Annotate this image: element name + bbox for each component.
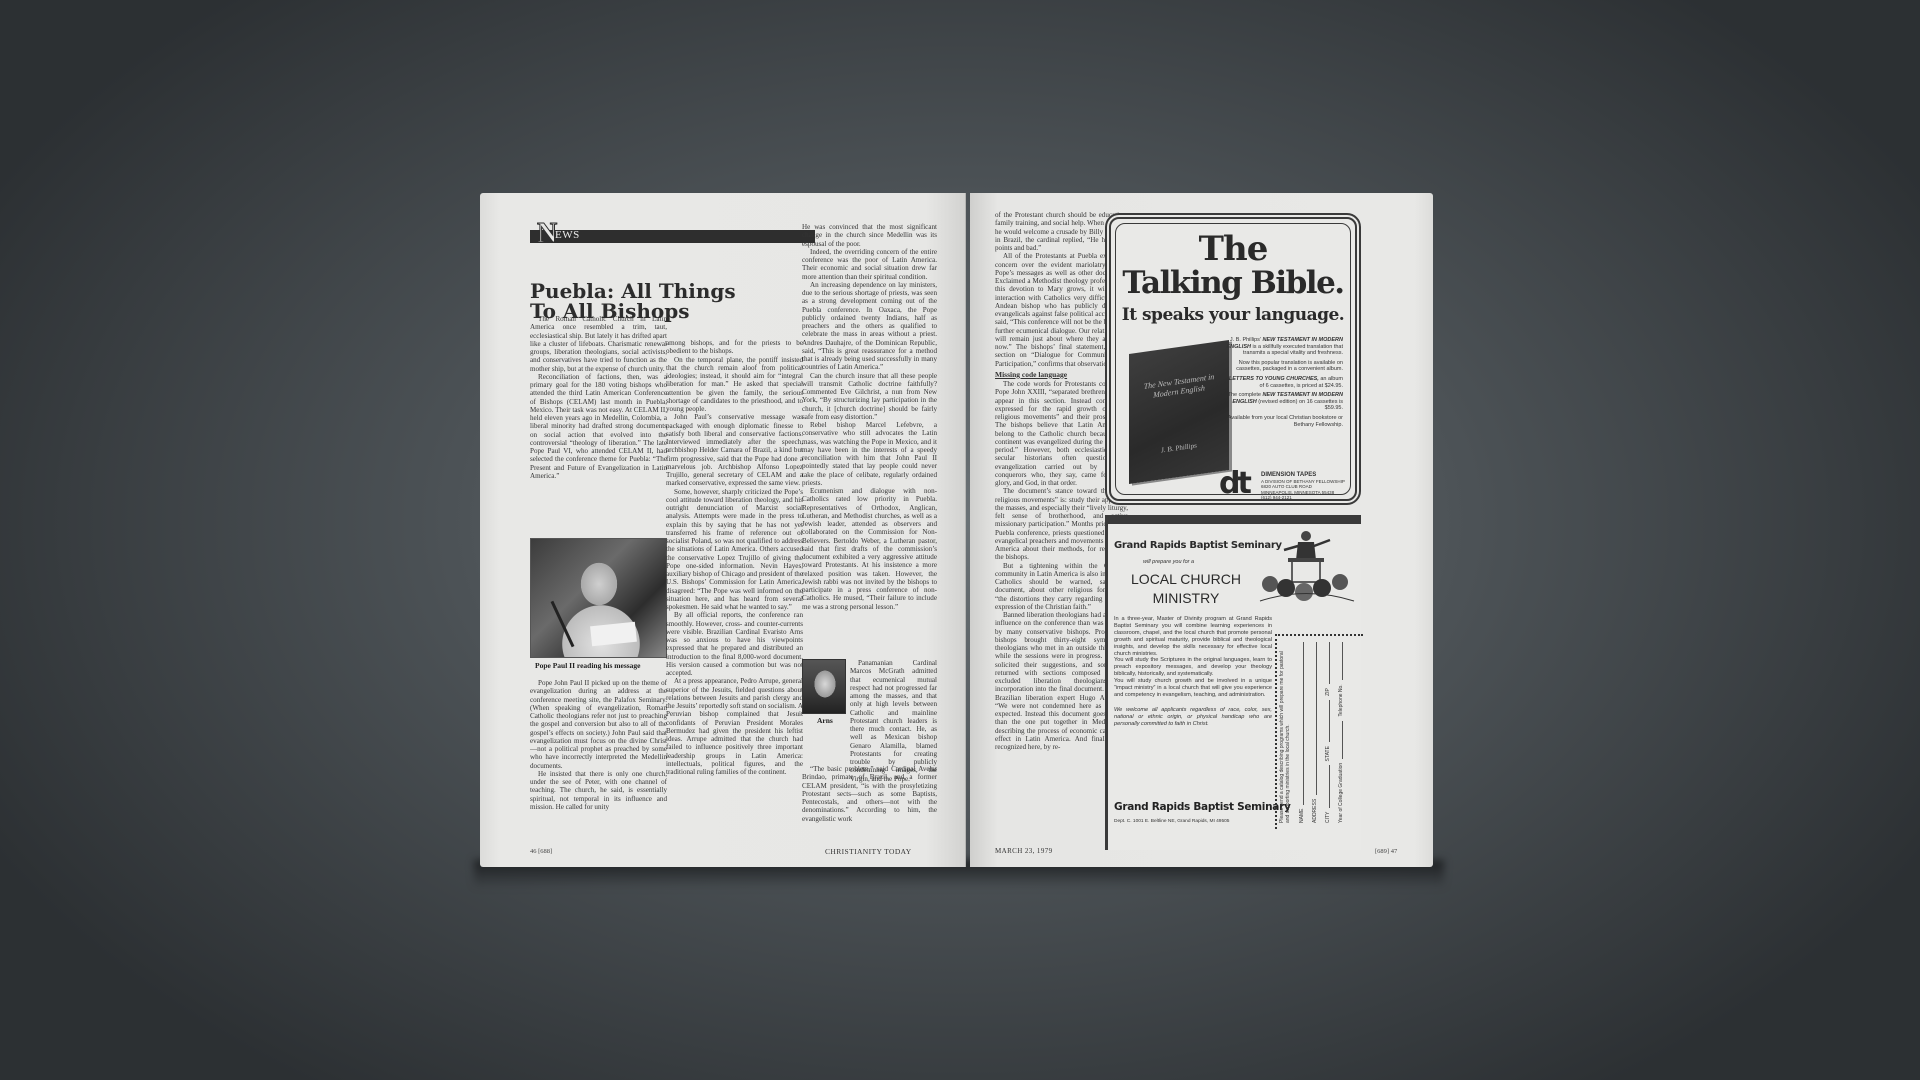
arns-inset-photo [802,659,846,714]
field-line [1325,700,1330,742]
seminary-footer-title: Grand Rapids Baptist Seminary [1114,801,1291,813]
seminary-address: Dept. C. 1001 E. Beltline NE, Grand Rapi… [1114,819,1229,824]
copy-text: Available from your local Christian book… [1228,415,1343,428]
coupon-intro: Please send a catalog describing program… [1279,642,1292,823]
coupon-content: Please send a catalog describing program… [1275,636,1361,829]
paragraph: Rebel bishop Marcel Lefebvre, a conserva… [802,421,937,487]
ad-tagline: It speaks your language. [1111,305,1355,325]
publisher-line: (612) 944-2121 [1261,495,1361,501]
article-column-1: The Roman Catholic Church in Latin Ameri… [530,315,667,480]
paragraph: You will study church growth and be invo… [1114,678,1272,699]
issue-date: MARCH 23, 1979 [995,847,1053,855]
page-number-right: [689] 47 [1375,848,1397,855]
book-title: The New Testament in Modern English [1135,371,1223,403]
book-image: The New Testament in Modern English J. B… [1129,340,1229,484]
field-label: STATE [1325,746,1331,761]
paragraph: You will study the Scriptures in the ori… [1114,657,1272,678]
coupon-field-graduation-telephone[interactable]: Year of College GraduationTelephone No. [1338,642,1344,823]
paragraph: At a press appearance, Pedro Arrupe, gen… [666,677,803,776]
coupon-field-address[interactable]: ADDRESS [1312,642,1318,823]
field-label: ZIP [1325,688,1331,696]
paper-graphic [590,622,637,647]
paragraph: Indeed, the overriding concern of the en… [802,248,937,281]
ad-title-line-2: Talking Bible. [1111,265,1355,301]
field-line [1325,765,1330,807]
ad-copy-line: The complete NEW TESTAMENT IN MODERN ENG… [1225,392,1343,412]
headline-line: LOCAL CHURCH [1126,570,1246,589]
page-number-left: 46 [688] [530,848,552,855]
field-label: ADDRESS [1312,799,1318,823]
seminary-ad: Grand Rapids Baptist Seminary will prepa… [1105,515,1361,850]
seminary-prepare-line: will prepare you for a [1143,559,1194,565]
paragraph: Can the church insure that all these peo… [802,372,937,422]
headline-line: MINISTRY [1126,589,1246,608]
copy-text: Now this popular translation is availabl… [1236,360,1343,373]
dimension-tapes-logo: dt [1219,469,1249,499]
ad-copy-line: Available from your local Christian book… [1225,415,1343,428]
seminary-body: In a three-year, Master of Divinity prog… [1114,616,1272,728]
preacher-illustration [1256,526,1356,606]
copy-text: is a skillfully executed translation tha… [1243,344,1343,357]
copy-text: (revised edition) on 16 cassettes is $59… [1257,399,1343,412]
field-label: Telephone No. [1338,684,1344,716]
field-line [1325,642,1330,684]
left-page: N EWS Puebla: All Things To All Bishops … [480,193,966,867]
ad-copy: J. B. Phillips’ NEW TESTAMENT IN MODERN … [1225,337,1343,431]
paragraph: By all official reports, the conference … [666,611,803,677]
ad-title-line-1: The [1111,229,1355,269]
field-line [1338,642,1343,680]
paragraph: John Paul’s conservative message was pac… [666,413,803,487]
field-label: Year of College Graduation [1338,763,1344,823]
article-column-1-continued: Pope John Paul II picked up on the theme… [530,679,667,811]
pope-photo [530,538,667,658]
book-author: J. B. Phillips [1129,437,1229,459]
running-head: CHRISTIANITY TODAY [825,847,912,856]
paragraph: An increasing dependence on lay minister… [802,281,937,372]
copy-text: J. B. Phillips’ [1230,337,1263,343]
publisher-info: DIMENSION TAPES A DIVISION OF BETHANY FE… [1261,473,1361,501]
catalog-request-coupon[interactable]: Please send a catalog describing program… [1275,634,1363,829]
nondiscrimination-statement: We welcome all applicants regardless of … [1114,707,1272,728]
ad-copy-line: Now this popular translation is availabl… [1225,360,1343,373]
paragraph: He was convinced that the most significa… [802,223,937,248]
ad-top-bar [1108,518,1361,524]
paragraph: “The basic problem,” said Cardinal Avela… [802,765,937,823]
field-label: NAME [1299,809,1305,823]
banner-label: EWS [555,229,580,241]
article-column-3-continued: “The basic problem,” said Cardinal Avela… [802,765,937,823]
article-column-3: He was convinced that the most significa… [802,223,937,611]
paragraph: In a three-year, Master of Divinity prog… [1114,616,1272,657]
ad-copy-line: LETTERS TO YOUNG CHURCHES, an album of 6… [1225,376,1343,389]
paragraph: On the temporal plane, the pontiff insis… [666,356,803,414]
ad-copy-line: J. B. Phillips’ NEW TESTAMENT IN MODERN … [1225,337,1343,357]
paragraph: Reconciliation of factions, then, was a … [530,373,667,480]
paragraph: among bishops, and for the priests to be… [666,339,803,356]
paragraph: He insisted that there is only one churc… [530,770,667,811]
copy-text: The complete [1228,392,1263,398]
field-line [1338,721,1343,759]
right-page: of the Protestant church should be educa… [970,193,1433,867]
field-line [1299,642,1304,805]
magazine-spread: N EWS Puebla: All Things To All Bishops … [480,193,1433,867]
coupon-field-city-state-zip[interactable]: CITYSTATEZIP [1325,642,1331,823]
paragraph: The Roman Catholic Church in Latin Ameri… [530,315,667,373]
field-label: CITY [1325,812,1331,823]
photo-caption: Pope Paul II reading his message [535,661,641,670]
news-section-banner: N EWS [530,228,815,244]
talking-bible-ad: The Talking Bible. It speaks your langua… [1105,213,1361,505]
seminary-headline: LOCAL CHURCH MINISTRY [1126,570,1246,608]
paragraph: Ecumenism and dialogue with non-Catholic… [802,487,937,611]
article-column-2: among bishops, and for the priests to be… [666,339,803,776]
inset-photo-caption: Arns [817,716,833,725]
paragraph: Some, however, sharply criticized the Po… [666,488,803,612]
microphone-graphic [551,601,575,648]
paragraph: Pope John Paul II picked up on the theme… [530,679,667,770]
copy-emphasis: LETTERS TO YOUNG CHURCHES, [1229,376,1319,382]
coupon-field-name[interactable]: NAME [1299,642,1305,823]
field-line [1312,642,1317,795]
